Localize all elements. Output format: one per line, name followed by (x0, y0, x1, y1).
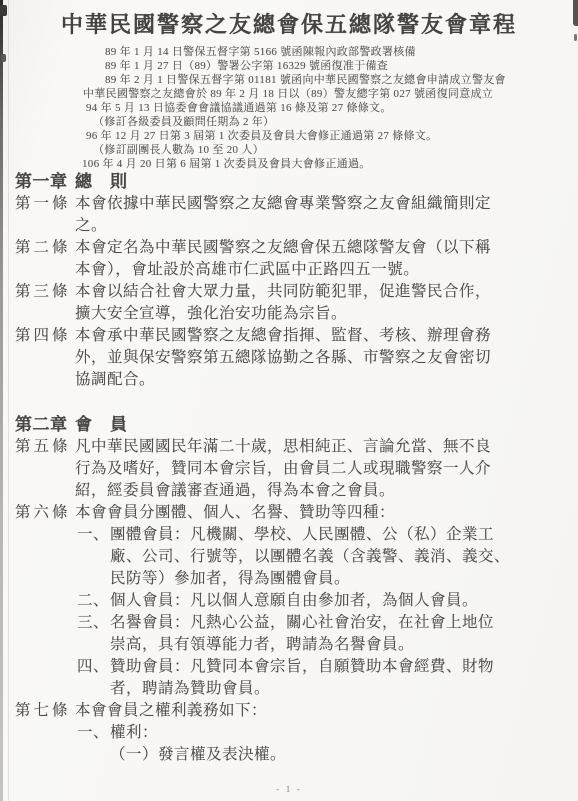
revision-note: 中華民國警察之友總會於 89 年 2 月 18 日以（89）警友總字第 027 … (0, 87, 578, 101)
list-item-text: 個人會員：凡以個人意願自由參加者，為個人會員。 (110, 592, 478, 609)
list-item-number: （一） (110, 744, 158, 766)
chapter-1-heading: 第一章 總 則 (15, 171, 568, 193)
list-item-line: 廠、公司、行號等，以團體名義（含義警、義消、義交、 (75, 546, 568, 568)
article-line: 本會會員分團體、個人、名譽、贊助等四種： (75, 502, 568, 524)
chapter-title: 會 員 (75, 414, 568, 436)
list-item-line: 者，聘請為贊助會員。 (75, 678, 568, 700)
article-number: 第七條 (15, 700, 75, 766)
article-4: 第四條 本會承中華民國警察之友總會指揮、監督、考核、辦理會務 外，並與保安警察第… (15, 325, 568, 391)
article-line: 本會會員之權利義務如下： (75, 700, 568, 722)
article-number: 第二條 (15, 237, 75, 281)
list-item-number: 一、 (77, 524, 110, 546)
article-line: 之。 (75, 215, 568, 237)
scan-noise-mark (573, 0, 578, 26)
article-line: 本會以結合社會大眾力量，共同防範犯罪，促進警民合作， (75, 281, 568, 303)
list-item-text: 權利： (110, 724, 158, 741)
list-item-line: 三、名譽會員：凡熱心公益，關心社會治安，在社會上地位 (75, 612, 568, 634)
list-item-number: 三、 (77, 612, 110, 634)
revision-note: 96 年 12 月 27 日第 3 屆第 1 次委員及會員大會修正通過第 27 … (0, 129, 578, 143)
article-line: 本會承中華民國警察之友總會指揮、監督、考核、辦理會務 (75, 325, 568, 347)
list-item-text: 發言權及表決權。 (158, 746, 286, 763)
scan-noise-mark (0, 5, 7, 16)
list-item-line: 一、權利： (75, 722, 568, 744)
list-item-line: 二、個人會員：凡以個人意願自由參加者，為個人會員。 (75, 590, 568, 612)
document-body: 第一章 總 則 第一條 本會依據中華民國警察之友總會專業警察之友會組織簡則定 之… (0, 171, 578, 766)
article-number: 第一條 (15, 193, 75, 237)
list-item-text: 名譽會員：凡熱心公益，關心社會治安，在社會上地位 (110, 614, 494, 631)
article-line: 行為及嗜好，贊同本會宗旨，由會員二人或現職警察一人介 (75, 458, 568, 480)
page-crease-line (8, 0, 9, 801)
chapter-title: 總 則 (75, 171, 568, 193)
article-5: 第五條 凡中華民國國民年滿二十歲，思相純正、言論允當、無不良 行為及嗜好，贊同本… (15, 436, 568, 502)
revision-note: 106 年 4 月 20 日第 6 屆第 1 次委員及會員大會修正通過。 (0, 157, 578, 171)
scanned-document-page: 中華民國警察之友總會保五總隊警友會章程 89 年 1 月 14 日警保五督字第 … (0, 0, 578, 801)
article-line: 外，並與保安警察第五總隊協勤之各縣、市警察之友會密切 (75, 347, 568, 369)
article-line: 協調配合。 (75, 369, 568, 391)
article-6: 第六條 本會會員分團體、個人、名譽、贊助等四種： 一、團體會員：凡機關、學校、人… (15, 502, 568, 700)
page-number: - 1 - (0, 785, 578, 795)
list-item-text: 團體會員：凡機關、學校、人民團體、公（私）企業工 (110, 526, 494, 543)
list-item-number: 四、 (77, 656, 110, 678)
article-number: 第四條 (15, 325, 75, 391)
revision-note: 89 年 2 月 1 日警保五督字第 01181 號函向中華民國警察之友總會申請… (0, 73, 578, 87)
list-item-line: 崇高，具有領導能力者，聘請為名譽會員。 (75, 634, 568, 656)
article-number: 第六條 (15, 502, 75, 700)
list-item-number: 一、 (77, 722, 110, 744)
article-line: 本會），會址設於高雄市仁武區中正路四五一號。 (75, 259, 568, 281)
document-title: 中華民國警察之友總會保五總隊警友會章程 (12, 10, 566, 40)
revision-note: （修訂各級委員及顧問任期為 2 年） (0, 115, 578, 129)
article-number: 第三條 (15, 281, 75, 325)
scan-edge-artifact (0, 0, 3, 801)
article-line: 擴大安全宣導，強化治安功能為宗旨。 (75, 303, 568, 325)
list-item-number: 二、 (77, 590, 110, 612)
chapter-number: 第二章 (15, 414, 75, 436)
article-line: 凡中華民國國民年滿二十歲，思相純正、言論允當、無不良 (75, 436, 568, 458)
revision-note: 89 年 1 月 14 日警保五督字第 5166 號函陳報內政部警政署核備 (0, 45, 578, 59)
article-1: 第一條 本會依據中華民國警察之友總會專業警察之友會組織簡則定 之。 (15, 193, 568, 237)
list-item-line: 四、贊助會員：凡贊同本會宗旨，自願贊助本會經費、財物 (75, 656, 568, 678)
list-item-line: 民防等）參加者，得為團體會員。 (75, 568, 568, 590)
article-7: 第七條 本會會員之權利義務如下： 一、權利： （一）發言權及表決權。 (15, 700, 568, 766)
revision-note: 94 年 5 月 13 日協委會會議協議通過第 16 條及第 27 條條文。 (0, 101, 578, 115)
list-item-text: 贊助會員：凡贊同本會宗旨，自願贊助本會經費、財物 (110, 658, 494, 675)
revision-history: 89 年 1 月 14 日警保五督字第 5166 號函陳報內政部警政署核備 89… (0, 45, 578, 171)
article-2: 第二條 本會定名為中華民國警察之友總會保五總隊警友會（以下稱 本會），會址設於高… (15, 237, 568, 281)
revision-note: （修訂副團長人數為 10 至 20 人） (0, 143, 578, 157)
article-line: 本會依據中華民國警察之友總會專業警察之友會組織簡則定 (75, 193, 568, 215)
chapter-2-heading: 第二章 會 員 (15, 414, 568, 436)
list-item-line: （一）發言權及表決權。 (75, 744, 568, 766)
article-number: 第五條 (15, 436, 75, 502)
article-3: 第三條 本會以結合社會大眾力量，共同防範犯罪，促進警民合作， 擴大安全宣導，強化… (15, 281, 568, 325)
article-line: 本會定名為中華民國警察之友總會保五總隊警友會（以下稱 (75, 237, 568, 259)
scan-noise-mark (574, 34, 577, 41)
article-line: 紹，經委員會議審查通過，得為本會之會員。 (75, 480, 568, 502)
revision-note: 89 年 1 月 27 日（89）警署公字第 16329 號函復准于備查 (0, 59, 578, 73)
chapter-number: 第一章 (15, 171, 75, 193)
list-item-line: 一、團體會員：凡機關、學校、人民團體、公（私）企業工 (75, 524, 568, 546)
scan-noise-mark (1, 54, 6, 62)
